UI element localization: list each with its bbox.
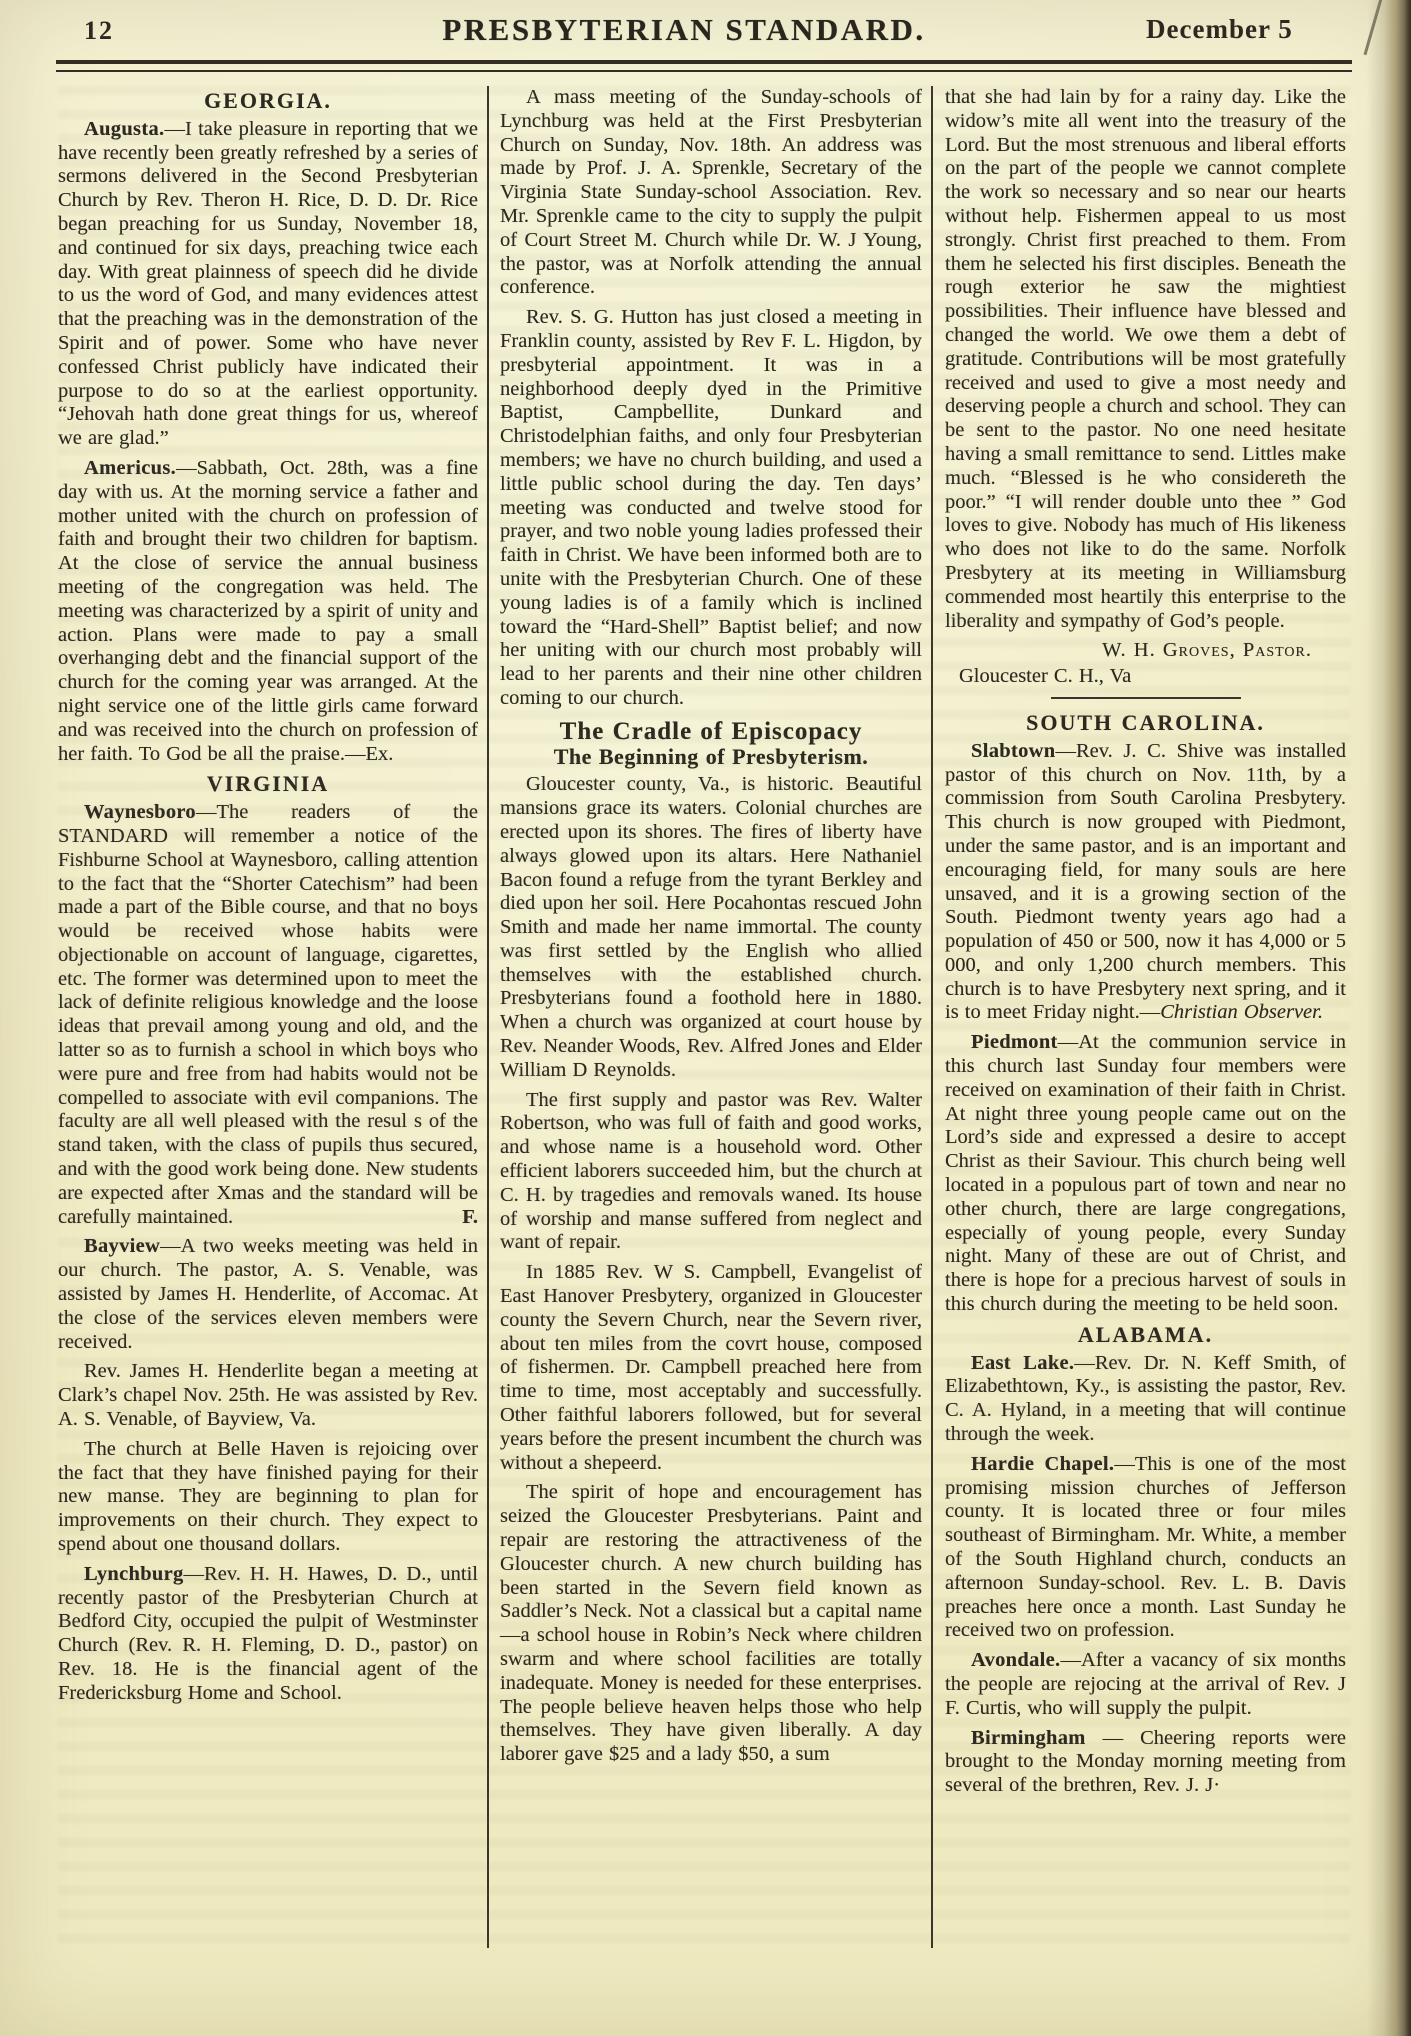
scan-corner-mark — [1364, 0, 1384, 55]
column-3: that she had lain by for a rainy day. Li… — [933, 86, 1350, 1948]
dateline-lead: Slabtown — [971, 740, 1055, 762]
news-paragraph: Piedmont—At the communion service in thi… — [945, 1031, 1346, 1317]
article-title: The Cradle of Episcopacy — [500, 720, 922, 744]
section-heading: GEORGIA. — [58, 89, 478, 113]
news-paragraph: Augusta.—I take pleasure in reporting th… — [58, 118, 478, 451]
dateline-lead: Birmingham — [971, 1727, 1086, 1749]
header-double-rule — [56, 60, 1352, 72]
article-subtitle: The Beginning of Presbyterism. — [500, 745, 922, 769]
dateline-lead: East Lake. — [971, 1352, 1074, 1374]
news-paragraph: Lynchburg—Rev. H. H. Hawes, D. D., until… — [58, 1563, 478, 1706]
masthead-title: PRESBYTERIAN STANDARD. — [442, 12, 925, 48]
dateline-lead: Americus. — [84, 457, 176, 479]
section-heading: VIRGINIA — [58, 772, 478, 796]
section-heading: SOUTH CAROLINA. — [945, 711, 1346, 735]
news-paragraph: The church at Belle Haven is rejoicing o… — [58, 1438, 478, 1557]
dateline-lead: Augusta. — [84, 118, 164, 140]
news-paragraph: In 1885 Rev. W S. Campbell, Evangelist o… — [500, 1261, 922, 1475]
dateline-lead: Piedmont — [971, 1031, 1058, 1053]
news-paragraph: Rev. S. G. Hutton has just closed a meet… — [500, 306, 922, 711]
news-paragraph: Americus.—Sabbath, Oct. 28th, was a fine… — [58, 457, 478, 766]
column-1: GEORGIA.Augusta.—I take pleasure in repo… — [58, 86, 489, 1948]
newspaper-columns: GEORGIA.Augusta.—I take pleasure in repo… — [58, 86, 1350, 1948]
news-paragraph: The first supply and pastor was Rev. Wal… — [500, 1089, 922, 1256]
section-divider — [1051, 697, 1241, 699]
dateline-lead: Waynesboro — [84, 801, 196, 823]
pastor-signature: W. H. Groves, Pastor. — [945, 639, 1346, 663]
news-paragraph: Bayview—A two weeks meeting was held in … — [58, 1235, 478, 1354]
newspaper-page: 12 PRESBYTERIAN STANDARD. December 5 GEO… — [0, 0, 1411, 2036]
news-paragraph: A mass meeting of the Sunday-schools of … — [500, 86, 922, 300]
issue-date: December 5 — [1146, 14, 1293, 45]
news-paragraph: East Lake.—Rev. Dr. N. Keff Smith, of El… — [945, 1352, 1346, 1447]
column-2: A mass meeting of the Sunday-schools of … — [489, 86, 933, 1948]
dateline-lead: Bayview — [84, 1235, 160, 1257]
dateline-lead: Avondale. — [971, 1649, 1060, 1671]
place-line: Gloucester C. H., Va — [945, 665, 1346, 689]
news-paragraph: The spirit of hope and encouragement has… — [500, 1481, 922, 1767]
news-paragraph: that she had lain by for a rainy day. Li… — [945, 86, 1346, 633]
news-paragraph: Waynesboro—The readers of the STANDARD w… — [58, 801, 478, 1229]
news-paragraph: Avondale.—After a vacancy of six months … — [945, 1649, 1346, 1720]
paragraph-initial-tail: F. — [436, 1206, 478, 1230]
news-paragraph: Gloucester county, Va., is historic. Bea… — [500, 773, 922, 1082]
dateline-lead: Lynchburg — [84, 1563, 184, 1585]
news-paragraph: Hardie Chapel.—This is one of the most p… — [945, 1453, 1346, 1643]
section-heading: ALABAMA. — [945, 1323, 1346, 1347]
news-paragraph: Rev. James H. Henderlite began a meeting… — [58, 1360, 478, 1431]
dateline-lead: Hardie Chapel. — [971, 1453, 1114, 1475]
news-paragraph: Slabtown—Rev. J. C. Shive was installed … — [945, 740, 1346, 1026]
news-paragraph: Birmingham — Cheering reports were broug… — [945, 1727, 1346, 1798]
page-number: 12 — [84, 16, 114, 46]
page-edge-shadow — [1367, 0, 1411, 2036]
